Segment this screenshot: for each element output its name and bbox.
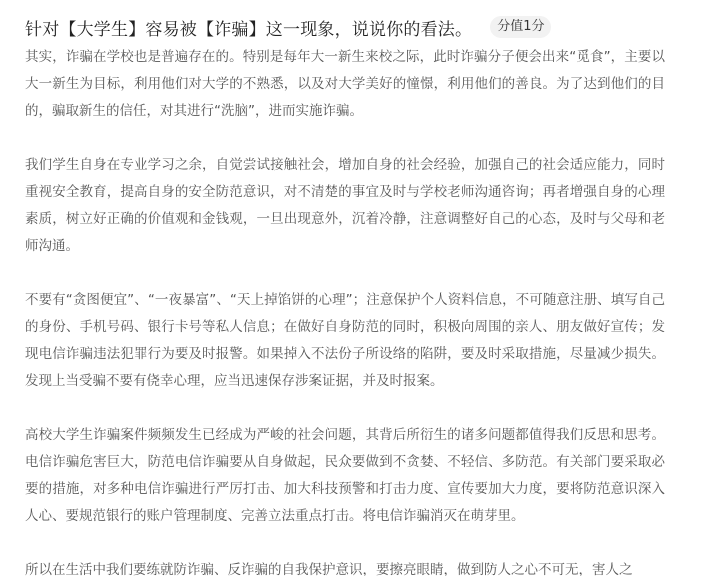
answer-body: 其实，诈骗在学校也是普遍存在的。特别是每年大一新生来校之际，此时诈骗分子便会出来… [25,44,665,576]
answer-paragraph: 高校大学生诈骗案件频频发生已经成为严峻的社会问题，其背后所衍生的诸多问题都值得我… [25,422,665,530]
answer-paragraph: 不要有“贪图便宜”、“一夜暴富”、“天上掉馅饼的心理”；注意保护个人资料信息，不… [25,287,665,395]
question-header: 针对【大学生】容易被【诈骗】这一现象，说说你的看法。 分值1分 [25,14,665,40]
question-card: 针对【大学生】容易被【诈骗】这一现象，说说你的看法。 分值1分 其实，诈骗在学校… [0,0,665,576]
question-title: 针对【大学生】容易被【诈骗】这一现象，说说你的看法。 [25,15,472,40]
answer-paragraph: 我们学生自身在专业学习之余，自觉尝试接触社会，增加自身的社会经验，加强自己的社会… [25,152,665,260]
answer-paragraph: 其实，诈骗在学校也是普遍存在的。特别是每年大一新生来校之际，此时诈骗分子便会出来… [25,44,665,125]
score-badge: 分值1分 [490,16,551,38]
answer-paragraph: 所以在生活中我们要练就防诈骗、反诈骗的自我保护意识，要擦亮眼睛，做到防人之心不可… [25,557,665,576]
